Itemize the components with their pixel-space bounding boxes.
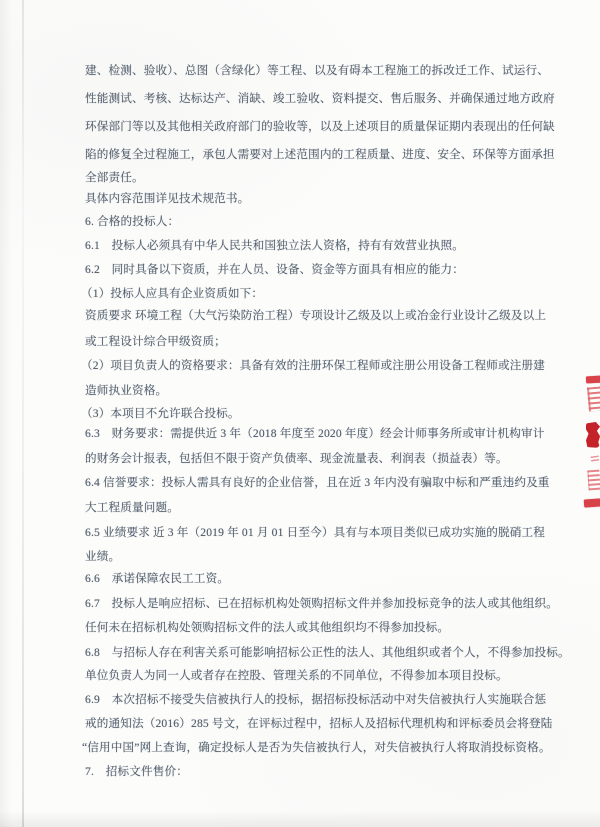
text-line: 资质要求 环境工程（大气污染防治工程）专项设计乙级及以上或冶金行业设计乙级及以上	[85, 310, 546, 322]
text-line: 戒的通知法（2016）285 号文，在评标过程中，招标人及招标代理机构和评标委员…	[85, 718, 552, 730]
text-line: （1）投标人应具有企业资质如下：	[81, 288, 263, 300]
text-line: 6.6 承诺保障农民工工资。	[85, 573, 229, 585]
text-line: “信用中国”网上查询，确定投标人是否为失信被执行人，对失信被执行人将取消投标资格…	[82, 742, 551, 754]
text-line: 造师执业资格。	[85, 385, 167, 397]
text-line: 6. 合格的投标人：	[85, 216, 179, 228]
text-line: 6.4 信誉要求：投标人需具有良好的企业信誉，且在近 3 年内没有骗取中标和严重…	[85, 477, 550, 489]
scanned-document-page: 建、检测、验收）、总图（含绿化）等工程、以及有碍本工程施工的拆改迁工作、试运行、…	[0, 0, 600, 827]
stamp-bottom-bar	[584, 498, 600, 507]
text-line: 6.2 同时具备以下资质，并在人员、设备、资金等方面具有相应的能力：	[85, 264, 464, 276]
text-line: 陷的修复全过程施工，承包人需要对上述范围内的工程质量、进度、安全、环保等方面承担	[85, 149, 555, 161]
text-line: 环保部门等以及其他相关政府部门的验收等，以及上述项目的质量保证期内表现出的任何缺	[85, 121, 555, 133]
text-line: 6.3 财务要求：需提供近 3 年（2018 年度至 2020 年度）经会计师事…	[85, 428, 545, 440]
document-text: 建、检测、验收）、总图（含绿化）等工程、以及有碍本工程施工的拆改迁工作、试运行、…	[0, 0, 600, 827]
stamp-top-bar	[586, 376, 600, 384]
text-line: 6.5 业绩要求 近 3 年（2019 年 01 月 01 日至今）具有与本项目…	[85, 527, 545, 539]
text-line: 6.1 投标人必须具有中华人民共和国独立法人资格，持有有效营业执照。	[85, 240, 464, 252]
text-line: 7. 招标文件售价：	[85, 766, 188, 778]
text-line: 性能测试、考核、达标达产、消缺、竣工验收、资料提交、售后服务、并确保通过地方政府	[85, 93, 555, 105]
stamp-character-fragment	[591, 455, 600, 463]
red-stamp-fragment	[583, 372, 600, 514]
text-line: 的财务会计报表，包括但不限于资产负债率、现金流量表、利润表（损益表）等。	[85, 453, 508, 465]
stamp-character-fragment	[587, 470, 600, 491]
text-line: 6.8 与招标人存在利害关系可能影响招标公正性的法人、其他组织或者个人，不得参加…	[85, 647, 570, 659]
text-line: （2）项目负责人的资格要求：具备有效的注册环保工程师或注册公用设备工程师或注册建	[81, 360, 545, 372]
text-line: 6.9 本次招标不接受失信被执行人的投标，据招标投标活动中对失信被执行人实施联合…	[85, 694, 546, 706]
text-line: （3）本项目不允许联合投标。	[81, 408, 240, 420]
stamp-character-fragment-bold	[586, 422, 600, 448]
text-line: 业绩。	[85, 551, 120, 563]
text-line: 具体内容范围详见技术规范书。	[85, 193, 249, 205]
text-line: 任何未在招标机构处领购招标文件的法人或其他组织均不得参加投标。	[85, 622, 449, 634]
text-line: 全部责任。	[85, 172, 144, 184]
text-line: 或工程设计综合甲级资质；	[85, 336, 226, 348]
stamp-character-fragment	[587, 386, 600, 411]
text-line: 6.7 投标人是响应招标、已在招标机构处领购招标文件并参加投标竞争的法人或其他组…	[85, 598, 558, 610]
text-line: 建、检测、验收）、总图（含绿化）等工程、以及有碍本工程施工的拆改迁工作、试运行、	[85, 65, 549, 77]
text-line: 单位负责人为同一人或者存在控股、管理关系的不同单位，不得参加本项目投标。	[85, 670, 508, 682]
text-line: 大工程质量问题。	[85, 502, 179, 514]
scan-edge-shadow-bottom	[0, 811, 600, 827]
